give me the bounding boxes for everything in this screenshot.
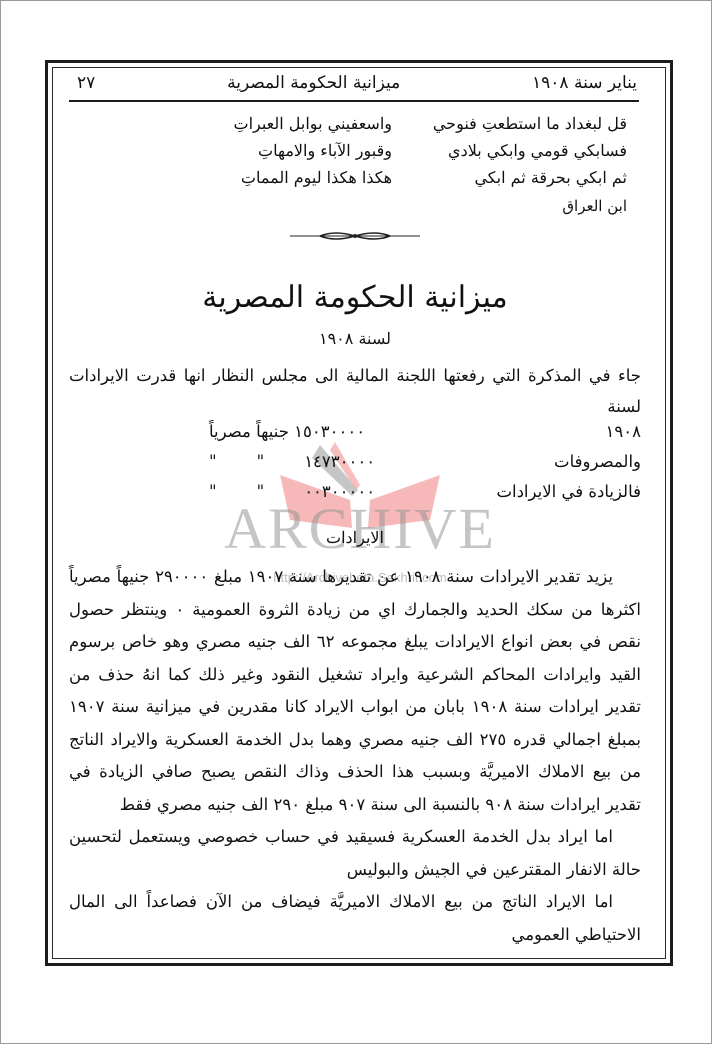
verse-first-hemistich: فسابكي قومي وابكي بلادي (392, 137, 627, 164)
figure-row-surplus: فالزيادة في الايرادات ٠٠٣٠٠٠٠٠ " " (57, 482, 653, 512)
header-rule (69, 100, 639, 102)
figure-amount: ١٤٧٣٠٠٠٠ (304, 452, 375, 471)
verse-first-hemistich: ثم ابكي بحرقة ثم ابكي (392, 164, 627, 191)
body-paragraph: اما الايراد الناتج من بيع الاملاك الامير… (57, 886, 653, 951)
verse-second-hemistich: واسعفيني بوابل العبراتِ (234, 110, 393, 137)
body-paragraph: يزيد تقدير الايرادات سنة ١٩٠٨ عن تقديرها… (57, 561, 653, 821)
poet-name: ابن العراق (57, 193, 627, 220)
ditto-mark: " (209, 482, 217, 501)
article-subtitle: لسنة ١٩٠٨ (57, 329, 653, 348)
figure-row-revenue: ١٩٠٨ ١٥٠٣٠٠٠٠ جنيهاً مصرياً (57, 422, 653, 452)
document-body: يناير سنة ١٩٠٨ ميزانية الحكومة المصرية ٢… (57, 66, 653, 951)
page-number: ٢٧ (77, 73, 95, 93)
figure-amount: ٠٠٣٠٠٠٠٠ (304, 482, 375, 501)
body-paragraph: اما ايراد بدل الخدمة العسكرية فسيقيد في … (57, 821, 653, 886)
figure-row-expenses: والمصروفات ١٤٧٣٠٠٠٠ " " (57, 452, 653, 482)
verse-second-hemistich: وقبور الآباء والامهاتِ (258, 137, 392, 164)
article-title: ميزانية الحكومة المصرية (57, 280, 653, 315)
header-title: ميزانية الحكومة المصرية (227, 73, 400, 93)
poem: قل لبغداد ما استطعتِ فنوحي واسعفيني بواب… (57, 110, 653, 220)
poem-verse: قل لبغداد ما استطعتِ فنوحي واسعفيني بواب… (57, 110, 627, 137)
ornament-divider-icon (57, 230, 653, 246)
poem-verse: فسابكي قومي وابكي بلادي وقبور الآباء وال… (57, 137, 627, 164)
poem-verse: ثم ابكي بحرقة ثم ابكي هكذا هكذا ليوم الم… (57, 164, 627, 191)
section-heading: الايرادات (57, 528, 653, 547)
verse-first-hemistich: قل لبغداد ما استطعتِ فنوحي (392, 110, 627, 137)
header-date: يناير سنة ١٩٠٨ (532, 73, 637, 93)
verse-second-hemistich: هكذا هكذا ليوم المماتِ (241, 164, 392, 191)
figure-amount: ١٥٠٣٠٠٠٠ جنيهاً مصرياً (209, 422, 365, 441)
running-header: يناير سنة ١٩٠٨ ميزانية الحكومة المصرية ٢… (57, 66, 653, 100)
ditto-mark: " (209, 452, 217, 471)
ditto-mark: " (257, 482, 265, 501)
figure-label: والمصروفات (554, 452, 641, 471)
intro-paragraph: جاء في المذكرة التي رفعتها اللجنة المالي… (57, 360, 653, 422)
figure-label: فالزيادة في الايرادات (496, 482, 641, 501)
ditto-mark: " (257, 452, 265, 471)
figure-label: ١٩٠٨ (606, 422, 641, 441)
